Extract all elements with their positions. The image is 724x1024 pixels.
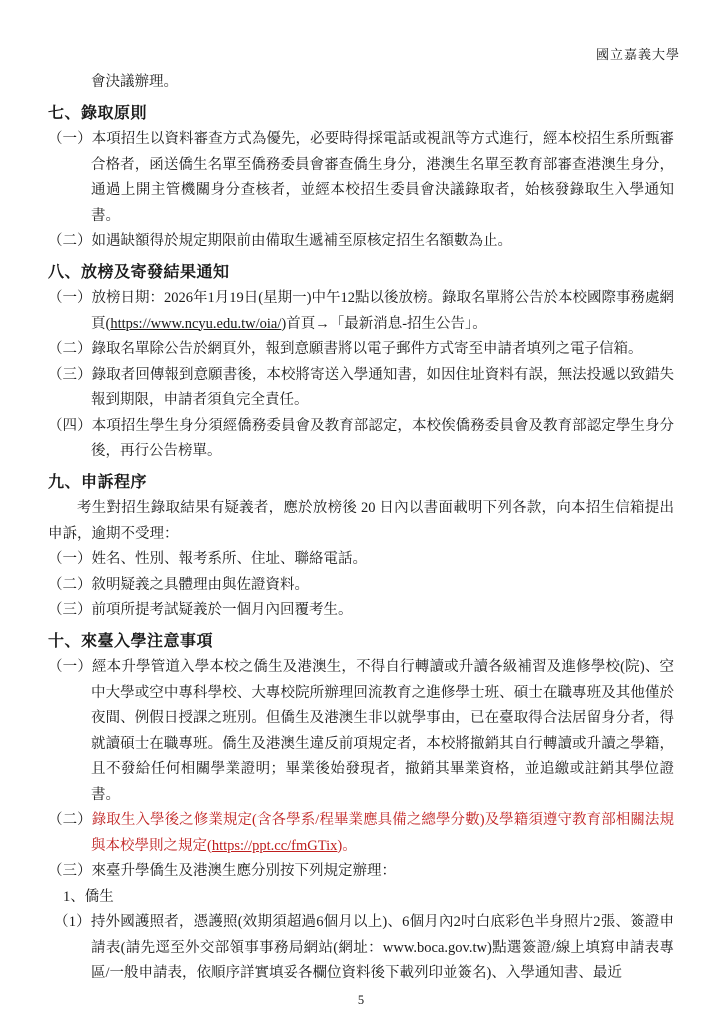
item-text: 錄取名單除公告於網頁外，報到意願書將以電子郵件方式寄至申請者填列之電子信箱。 <box>92 341 643 357</box>
regulations-link[interactable]: https://ppt.cc/fmGTix <box>212 838 338 854</box>
item-text: 本項招生學生身分須經僑務委員會及教育部認定，本校俟僑務委員會及教育部認定學生身分… <box>91 418 674 460</box>
item-text: 錄取者回傳報到意願書後，本校將寄送入學通知書，如因住址資料有誤，無法投遞以致錯失… <box>91 367 674 409</box>
list-item: （一）經本升學管道入學本校之僑生及港澳生，不得自行轉讀或升讀各級補習及進修學校(… <box>48 655 674 808</box>
item-marker: （四） <box>48 418 92 434</box>
list-item-emphasized: （二）錄取生入學後之修業規定(含各學系/程畢業應具備之總學分數)及學籍須遵守教育… <box>48 808 674 859</box>
item-text: 來臺升學僑生及港澳生應分別按下列規定辦理： <box>92 863 397 879</box>
sublist-label-overseas-students: 1、僑生 <box>63 885 674 911</box>
item-text: 持外國護照者，憑護照(效期須超過6個月以上)、6個月內2吋白底彩色半身照片2張、… <box>91 914 674 981</box>
list-item: （二）錄取名單除公告於網頁外，報到意願書將以電子郵件方式寄至申請者填列之電子信箱… <box>48 337 674 363</box>
list-item: （三）來臺升學僑生及港澳生應分別按下列規定辦理： <box>48 859 674 885</box>
university-name: 國立嘉義大學 <box>596 44 680 63</box>
item-marker: （一） <box>48 290 92 306</box>
item-marker: （二） <box>48 233 92 249</box>
list-item: （三）前項所提考試疑義於一個月內回覆考生。 <box>48 598 674 624</box>
section-9-heading: 九、申訴程序 <box>48 470 674 496</box>
list-item: （一）本項招生以資料審查方式為優先，必要時得採電話或視訊等方式進行，經本校招生系… <box>48 127 674 229</box>
document-body: 會決議辦理。 七、錄取原則 （一）本項招生以資料審查方式為優先，必要時得採電話或… <box>48 70 674 1010</box>
item-marker: （一） <box>48 551 92 567</box>
list-item: （三）錄取者回傳報到意願書後，本校將寄送入學通知書，如因住址資料有誤，無法投遞以… <box>48 363 674 414</box>
item-marker: （三） <box>48 602 92 618</box>
item-marker: （二） <box>48 577 92 593</box>
item-text: 本項招生以資料審查方式為優先，必要時得採電話或視訊等方式進行，經本校招生系所甄審… <box>91 131 674 224</box>
item-text-red: )。 <box>337 838 356 854</box>
item-marker: （一） <box>48 131 92 147</box>
item-text-red: 錄取生入學後之修業規定(含各學系/程畢業應具備之總學分數)及學籍須遵守教育部相關… <box>91 812 674 854</box>
item-text: 經本升學管道入學本校之僑生及港澳生，不得自行轉讀或升讀各級補習及進修學校(院)、… <box>91 659 674 803</box>
oia-website-link[interactable]: https://www.ncyu.edu.tw/oia/ <box>110 316 281 332</box>
page-number: 5 <box>48 990 674 1010</box>
item-marker: （三） <box>48 863 92 879</box>
section-8-heading: 八、放榜及寄發結果通知 <box>48 260 674 286</box>
section-7-heading: 七、錄取原則 <box>48 101 674 127</box>
item-text: 前項所提考試疑義於一個月內回覆考生。 <box>92 602 353 618</box>
item-marker: （三） <box>48 367 92 383</box>
list-item: （一）放榜日期：2026年1月19日(星期一)中午12點以後放榜。錄取名單將公告… <box>48 286 674 337</box>
sublist-item: （1）持外國護照者，憑護照(效期須超過6個月以上)、6個月內2吋白底彩色半身照片… <box>54 910 674 987</box>
item-marker: （二） <box>48 812 92 828</box>
list-item: （一）姓名、性別、報考系所、住址、聯絡電話。 <box>48 547 674 573</box>
list-item: （二）敘明疑義之具體理由與佐證資料。 <box>48 573 674 599</box>
item-marker: （1） <box>54 914 91 930</box>
item-marker: （二） <box>48 341 92 357</box>
section-10-heading: 十、來臺入學注意事項 <box>48 629 674 655</box>
section-9-intro: 考生對招生錄取結果有疑義者，應於放榜後 20 日內以書面載明下列各款，向本招生信… <box>48 496 674 547</box>
item-text: 如遇缺額得於規定期限前由備取生遞補至原核定招生名額數為止。 <box>92 233 513 249</box>
list-item: （四）本項招生學生身分須經僑務委員會及教育部認定，本校俟僑務委員會及教育部認定學… <box>48 414 674 465</box>
item-text: 敘明疑義之具體理由與佐證資料。 <box>92 577 310 593</box>
item-text: )首頁→「最新消息-招生公告」。 <box>281 316 486 332</box>
document-page: 國立嘉義大學 會決議辦理。 七、錄取原則 （一）本項招生以資料審查方式為優先，必… <box>0 0 724 1024</box>
item-marker: （一） <box>48 659 92 675</box>
list-item: （二）如遇缺額得於規定期限前由備取生遞補至原核定招生名額數為止。 <box>48 229 674 255</box>
item-text: 姓名、性別、報考系所、住址、聯絡電話。 <box>92 551 368 567</box>
paragraph-continuation: 會決議辦理。 <box>48 70 674 96</box>
